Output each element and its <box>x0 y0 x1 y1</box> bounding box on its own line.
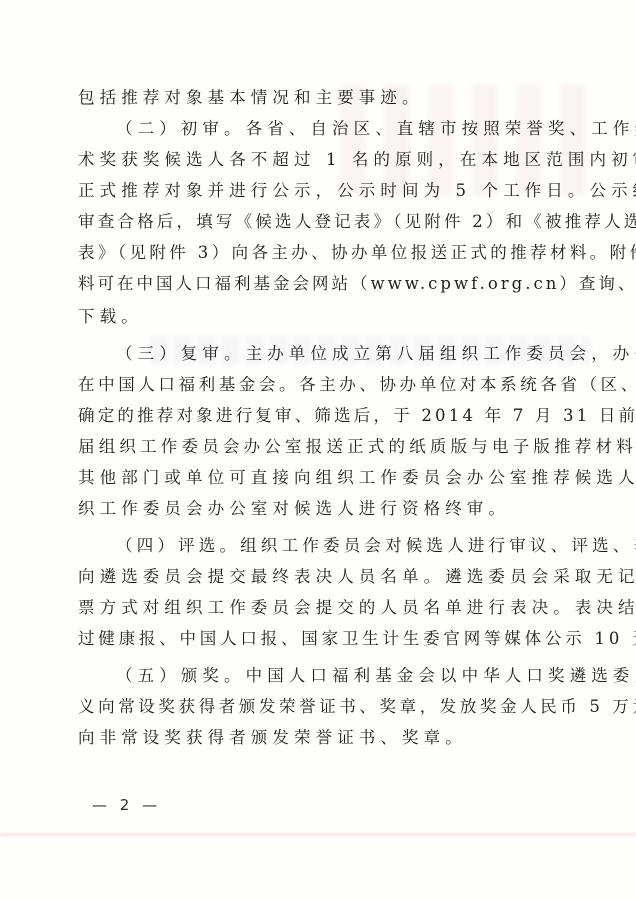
paragraph-line: 术奖获奖候选人各不超过 1 名的原则，在本地区范围内初审确定 <box>78 144 558 175</box>
page-number: — 2 — <box>92 796 161 814</box>
paragraph-line: 其他部门或单位可直接向组织工作委员会办公室推荐候选人。组 <box>78 462 558 493</box>
paragraph-line: 票方式对组织工作委员会提交的人员名单进行表决。表决结果通 <box>78 592 558 623</box>
paragraph-line: 表》（见附件 3）向各主办、协办单位报送正式的推荐材料。附件资 <box>78 237 558 268</box>
paragraph-line: 正式推荐对象并进行公示，公示时间为 5 个工作日。公示结束并 <box>78 175 558 206</box>
paragraph-line: （三）复审。主办单位成立第八届组织工作委员会，办公室设 <box>78 338 558 369</box>
paragraph-line: 在中国人口福利基金会。各主办、协办单位对本系统各省（区、市） <box>78 369 558 400</box>
paragraph-line: 审查合格后，填写《候选人登记表》（见附件 2）和《被推荐人选事迹 <box>78 206 558 237</box>
paragraph-line: 确定的推荐对象进行复审、筛选后，于 2014 年 7 月 31 日前向第八 <box>78 400 558 431</box>
paragraph-line: 料可在中国人口福利基金会网站（www.cpwf.org.cn）查询、 <box>78 268 558 299</box>
paragraph-line: （五）颁奖。中国人口福利基金会以中华人口奖遴选委员会名 <box>78 660 558 691</box>
paragraph-line: 过健康报、中国人口报、国家卫生计生委官网等媒体公示 10 天。 <box>78 623 558 654</box>
paragraph-line: 织工作委员会办公室对候选人进行资格终审。 <box>78 493 558 524</box>
paragraph-line: （四）评选。组织工作委员会对候选人进行审议、评选、表决， <box>78 530 558 561</box>
paragraph-line: 下载。 <box>78 301 558 332</box>
paragraph-line: （二）初审。各省、自治区、直辖市按照荣誉奖、工作奖、科学技 <box>78 113 558 144</box>
paragraph-line: 包括推荐对象基本情况和主要事迹。 <box>78 82 558 113</box>
document-page: 包括推荐对象基本情况和主要事迹。 （二）初审。各省、自治区、直辖市按照荣誉奖、工… <box>0 0 636 900</box>
paragraph-line: 向遴选委员会提交最终表决人员名单。遴选委员会采取无记名投 <box>78 561 558 592</box>
body-text: 包括推荐对象基本情况和主要事迹。 （二）初审。各省、自治区、直辖市按照荣誉奖、工… <box>78 82 558 753</box>
paragraph-line: 义向常设奖获得者颁发荣誉证书、奖章，发放奖金人民币 5 万元； <box>78 691 558 722</box>
paragraph-line: 届组织工作委员会办公室报送正式的纸质版与电子版推荐材料。 <box>78 431 558 462</box>
paragraph-line: 向非常设奖获得者颁发荣誉证书、奖章。 <box>78 722 558 753</box>
reverse-side-show-through <box>0 833 636 836</box>
